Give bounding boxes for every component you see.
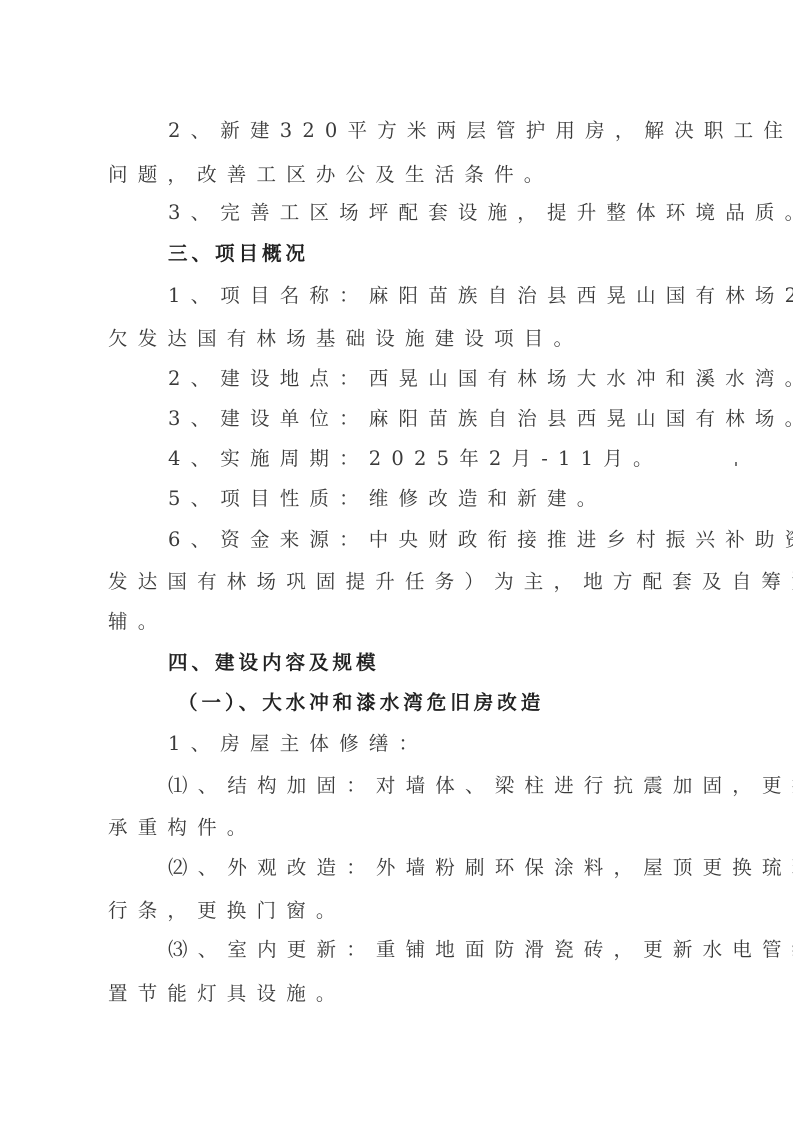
item-3: 3、建设单位：麻阳苗族自治县西晃山国有林场。 xyxy=(168,407,748,431)
goal-2-line-1: 2、新建320平方米两层管护用房，解决职工住房安全 xyxy=(168,119,748,143)
sub-item-1-2-line-1: ⑵、外观改造：外墙粉刷环保涂料，屋顶更换琉璃瓦及 xyxy=(168,856,748,880)
sub-item-1-3-line-2: 置节能灯具设施。 xyxy=(108,982,688,1006)
sub-item-1: 1、房屋主体修缮： xyxy=(168,732,748,756)
item-6-line-2: 发达国有林场巩固提升任务）为主，地方配套及自筹资金为 xyxy=(108,570,688,594)
sub-item-1-2-line-2: 行条，更换门窗。 xyxy=(108,899,688,923)
item-6-line-1: 6、资金来源：中央财政衔接推进乡村振兴补助资金（欠 xyxy=(168,528,748,552)
item-2: 2、建设地点：西晃山国有林场大水冲和溪水湾。 xyxy=(168,367,748,391)
item-1-line-2: 欠发达国有林场基础设施建设项目。 xyxy=(108,327,688,351)
sub-item-1-3-line-1: ⑶、室内更新：重铺地面防滑瓷砖，更新水电管线，配 xyxy=(168,938,748,962)
sub-item-1-1-line-1: ⑴、结构加固：对墙体、梁柱进行抗震加固，更换老化 xyxy=(168,774,748,798)
goal-2-line-2: 问题，改善工区办公及生活条件。 xyxy=(108,163,688,187)
item-5: 5、项目性质：维修改造和新建。 xyxy=(168,487,748,511)
goal-3: 3、完善工区场坪配套设施，提升整体环境品质。 xyxy=(168,201,748,225)
section-3-heading: 三、项目概况 xyxy=(168,242,748,266)
section-4-heading: 四、建设内容及规模 xyxy=(168,651,748,675)
item-4: 4、实施周期：2025年2月-11月。 xyxy=(168,447,748,471)
item-6-line-3: 辅。 xyxy=(108,610,688,634)
sub-item-1-1-line-2: 承重构件。 xyxy=(108,816,688,840)
item-1-line-1: 1、项目名称：麻阳苗族自治县西晃山国有林场2025年 xyxy=(168,284,748,308)
scan-speck xyxy=(735,462,737,466)
subsection-1-heading: （一）、大水冲和漆水湾危旧房改造 xyxy=(178,691,758,715)
